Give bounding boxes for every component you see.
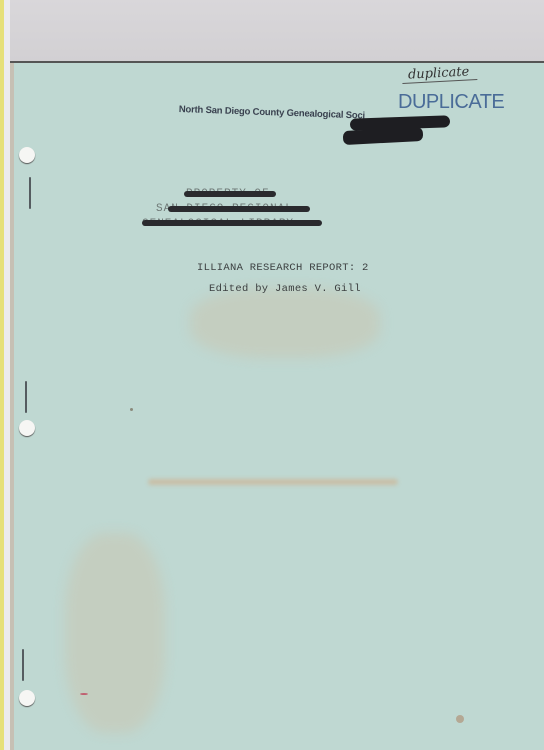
redaction-mark	[343, 127, 424, 145]
cover-spine	[10, 63, 14, 750]
duplicate-stamp: DUPLICATE	[398, 91, 504, 114]
water-stain	[65, 533, 165, 733]
speck	[130, 408, 133, 411]
staple	[29, 177, 31, 209]
ink-mark	[80, 693, 88, 695]
strike-through	[168, 206, 310, 212]
punch-hole	[19, 420, 35, 436]
report-editor: Edited by James V. Gill	[209, 283, 361, 295]
scanner-background	[0, 0, 544, 62]
speck	[456, 715, 464, 723]
strike-through	[142, 220, 322, 226]
report-cover: North San Diego County Genealogical Soci…	[10, 61, 544, 750]
water-stain	[190, 288, 380, 358]
report-title: ILLIANA RESEARCH REPORT: 2	[197, 262, 369, 274]
strike-through	[184, 191, 276, 197]
punch-hole	[19, 147, 35, 163]
punch-hole	[19, 690, 35, 706]
society-label: North San Diego County Genealogical Soci	[179, 104, 366, 121]
handwritten-note: duplicate	[402, 64, 478, 84]
staple	[22, 649, 24, 681]
fold-stain	[148, 479, 398, 485]
staple	[25, 381, 27, 413]
